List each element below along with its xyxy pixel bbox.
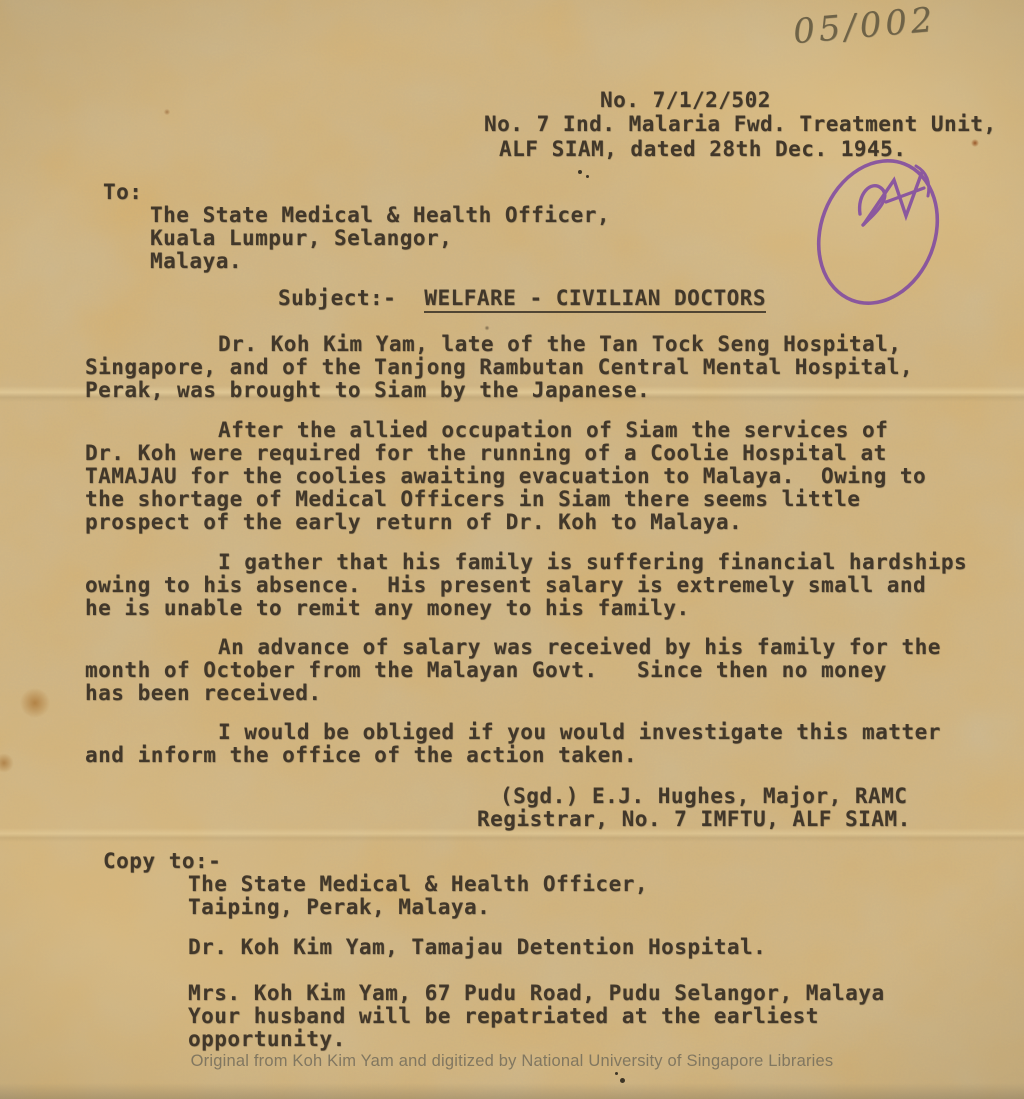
text-line: Mrs. Koh Kim Yam, 67 Pudu Road, Pudu Sel… [188,982,885,1005]
copy-to-address-2: Dr. Koh Kim Yam, Tamajau Detention Hospi… [188,936,766,959]
to-label: To: [103,181,142,204]
text-line: month of October from the Malayan Govt. … [85,659,985,682]
to-address: The State Medical & Health Officer,Kuala… [150,204,610,273]
purple-circle-stamp [798,140,968,325]
text-line: the shortage of Medical Officers in Siam… [85,488,985,511]
text-line: he is unable to remit any money to his f… [85,597,985,620]
text-line: TAMAJAU for the coolies awaiting evacuat… [85,465,985,488]
text-line: Perak, was brought to Siam by the Japane… [85,379,985,402]
digitization-watermark: Original from Koh Kim Yam and digitized … [0,1052,1024,1071]
text-line: Dr. Koh Kim Yam, late of the Tan Tock Se… [85,333,985,356]
body-paragraph-5: I would be obliged if you would investig… [85,721,985,767]
text-line: The State Medical & Health Officer, [150,204,610,227]
text-line: Malaya. [150,250,610,273]
signature-name-line: (Sgd.) E.J. Hughes, Major, RAMC [500,785,907,808]
scanned-letter-page: 05/002 No. 7/1/2/502 No. 7 Ind. Malaria … [0,0,1024,1099]
text-line: has been received. [85,682,985,705]
body-paragraph-3: I gather that his family is suffering fi… [85,551,985,620]
unit-name-line: No. 7 Ind. Malaria Fwd. Treatment Unit, [484,113,997,136]
text-line: After the allied occupation of Siam the … [85,419,985,442]
copy-to-label: Copy to:- [103,850,221,873]
text-line: Your husband will be repatriated at the … [188,1005,885,1028]
text-line: Dr. Koh Kim Yam, Tamajau Detention Hospi… [188,936,766,959]
text-line: Taiping, Perak, Malaya. [188,896,648,919]
page-edge-shadow [0,1083,1024,1099]
copy-to-address-1: The State Medical & Health Officer,Taipi… [188,873,648,919]
text-line: Kuala Lumpur, Selangor, [150,227,610,250]
subject-text: WELFARE - CIVILIAN DOCTORS [424,286,766,313]
text-line: I would be obliged if you would investig… [85,721,985,744]
text-line: owing to his absence. His present salary… [85,574,985,597]
text-line: Singapore, and of the Tanjong Rambutan C… [85,356,985,379]
subject-label: Subject:- [278,286,396,310]
text-line: Dr. Koh were required for the running of… [85,442,985,465]
copy-to-address-3: Mrs. Koh Kim Yam, 67 Pudu Road, Pudu Sel… [188,982,885,1051]
body-paragraph-4: An advance of salary was received by his… [85,636,985,705]
text-line: prospect of the early return of Dr. Koh … [85,511,985,534]
body-paragraph-1: Dr. Koh Kim Yam, late of the Tan Tock Se… [85,333,985,402]
text-line: and inform the office of the action take… [85,744,985,767]
text-line: I gather that his family is suffering fi… [85,551,985,574]
handwritten-file-number: 05/002 [792,0,939,52]
ref-number-line: No. 7/1/2/502 [600,89,771,112]
signature-title-line: Registrar, No. 7 IMFTU, ALF SIAM. [477,808,911,831]
text-line: An advance of salary was received by his… [85,636,985,659]
body-paragraph-2: After the allied occupation of Siam the … [85,419,985,534]
text-line: The State Medical & Health Officer, [188,873,648,896]
subject-line: Subject:-WELFARE - CIVILIAN DOCTORS [278,287,766,310]
text-line: opportunity. [188,1028,885,1051]
